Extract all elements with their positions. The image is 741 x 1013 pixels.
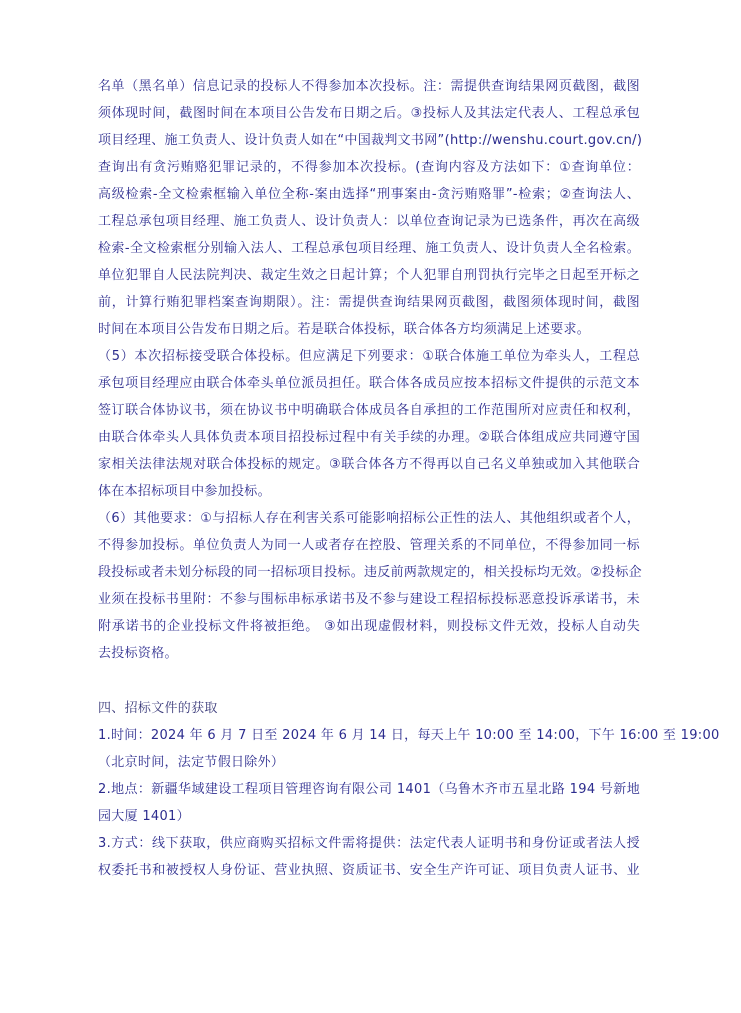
text-line: 单位犯罪自人民法院判决、裁定生效之日起计算；个人犯罪自刑罚执行完毕之日起至开标之	[98, 262, 640, 289]
text-line: 段投标或者未划分标段的同一招标项目投标。违反前两款规定的，相关投标均无效。②投标…	[98, 559, 640, 586]
item-method: 3.方式：线下获取，供应商购买招标文件需将提供：法定代表人证明书和身份证或者法人…	[98, 830, 640, 884]
text-line: （5）本次招标接受联合体投标。但应满足下列要求：①联合体施工单位为牵头人，工程总	[98, 343, 640, 370]
text-line: 权委托书和被授权人身份证、营业执照、资质证书、安全生产许可证、项目负责人证书、业	[98, 857, 640, 884]
text-line: 须体现时间，截图时间在本项目公告发布日期之后。③投标人及其法定代表人、工程总承包	[98, 100, 640, 127]
text-line: 名单（黑名单）信息记录的投标人不得参加本次投标。注：需提供查询结果网页截图，截图	[98, 73, 640, 100]
text-line: 2.地点：新疆华域建设工程项目管理咨询有限公司 1401（乌鲁木齐市五星北路 1…	[98, 776, 640, 803]
text-line: 签订联合体协议书，须在协议书中明确联合体成员各自承担的工作范围所对应责任和权利，	[98, 397, 640, 424]
text-line: 家相关法律法规对联合体投标的规定。③联合体各方不得再以自己名义单独或加入其他联合	[98, 451, 640, 478]
text-line: 3.方式：线下获取，供应商购买招标文件需将提供：法定代表人证明书和身份证或者法人…	[98, 830, 640, 857]
text-line: 园大厦 1401）	[98, 803, 640, 830]
text-line: 高级检索-全文检索框输入单位全称-案由选择“刑事案由-贪污贿赂罪”-检索；②查询…	[98, 181, 640, 208]
document-page: 名单（黑名单）信息记录的投标人不得参加本次投标。注：需提供查询结果网页截图，截图…	[98, 73, 640, 884]
text-line: （北京时间，法定节假日除外）	[98, 749, 640, 776]
text-line: 工程总承包项目经理、施工负责人、设计负责人：以单位查询记录为已选条件，再次在高级	[98, 208, 640, 235]
text-line: 项目经理、施工负责人、设计负责人如在“中国裁判文书网”(http://wensh…	[98, 127, 640, 154]
text-line: 由联合体牵头人具体负责本项目招投标过程中有关手续的办理。②联合体组成应共同遵守国	[98, 424, 640, 451]
paragraph-other-requirements: （6）其他要求：①与招标人存在利害关系可能影响招标公正性的法人、其他组织或者个人…	[98, 505, 640, 667]
text-line: 前，计算行贿犯罪档案查询期限）。注：需提供查询结果网页截图，截图须体现时间，截图	[98, 289, 640, 316]
section-spacer	[98, 667, 640, 695]
item-location: 2.地点：新疆华域建设工程项目管理咨询有限公司 1401（乌鲁木齐市五星北路 1…	[98, 776, 640, 830]
text-line: 1.时间：2024 年 6 月 7 日至 2024 年 6 月 14 日，每天上…	[98, 722, 640, 749]
text-line: 去投标资格。	[98, 640, 640, 667]
paragraph-blacklist-and-bribery-check: 名单（黑名单）信息记录的投标人不得参加本次投标。注：需提供查询结果网页截图，截图…	[98, 73, 640, 343]
text-line: 附承诺书的企业投标文件将被拒绝。 ③如出现虚假材料，则投标文件无效，投标人自动失	[98, 613, 640, 640]
text-line: 承包项目经理应由联合体牵头单位派员担任。联合体各成员应按本招标文件提供的示范文本	[98, 370, 640, 397]
text-line: 时间在本项目公告发布日期之后。若是联合体投标，联合体各方均须满足上述要求。	[98, 316, 640, 343]
paragraph-consortium-bidding: （5）本次招标接受联合体投标。但应满足下列要求：①联合体施工单位为牵头人，工程总…	[98, 343, 640, 505]
section-heading: 四、招标文件的获取	[98, 695, 640, 722]
text-line: （6）其他要求：①与招标人存在利害关系可能影响招标公正性的法人、其他组织或者个人…	[98, 505, 640, 532]
item-time: 1.时间：2024 年 6 月 7 日至 2024 年 6 月 14 日，每天上…	[98, 722, 640, 776]
text-line: 体在本招标项目中参加投标。	[98, 478, 640, 505]
text-line: 业须在投标书里附：不参与围标串标承诺书及不参与建设工程招标投标恶意投诉承诺书，未	[98, 586, 640, 613]
section-tender-document-acquisition: 四、招标文件的获取 1.时间：2024 年 6 月 7 日至 2024 年 6 …	[98, 695, 640, 884]
text-line: 检索-全文检索框分别输入法人、工程总承包项目经理、施工负责人、设计负责人全名检索…	[98, 235, 640, 262]
text-line: 查询出有贪污贿赂犯罪记录的，不得参加本次投标。(查询内容及方法如下：①查询单位：	[98, 154, 640, 181]
text-line: 不得参加投标。单位负责人为同一人或者存在控股、管理关系的不同单位，不得参加同一标	[98, 532, 640, 559]
